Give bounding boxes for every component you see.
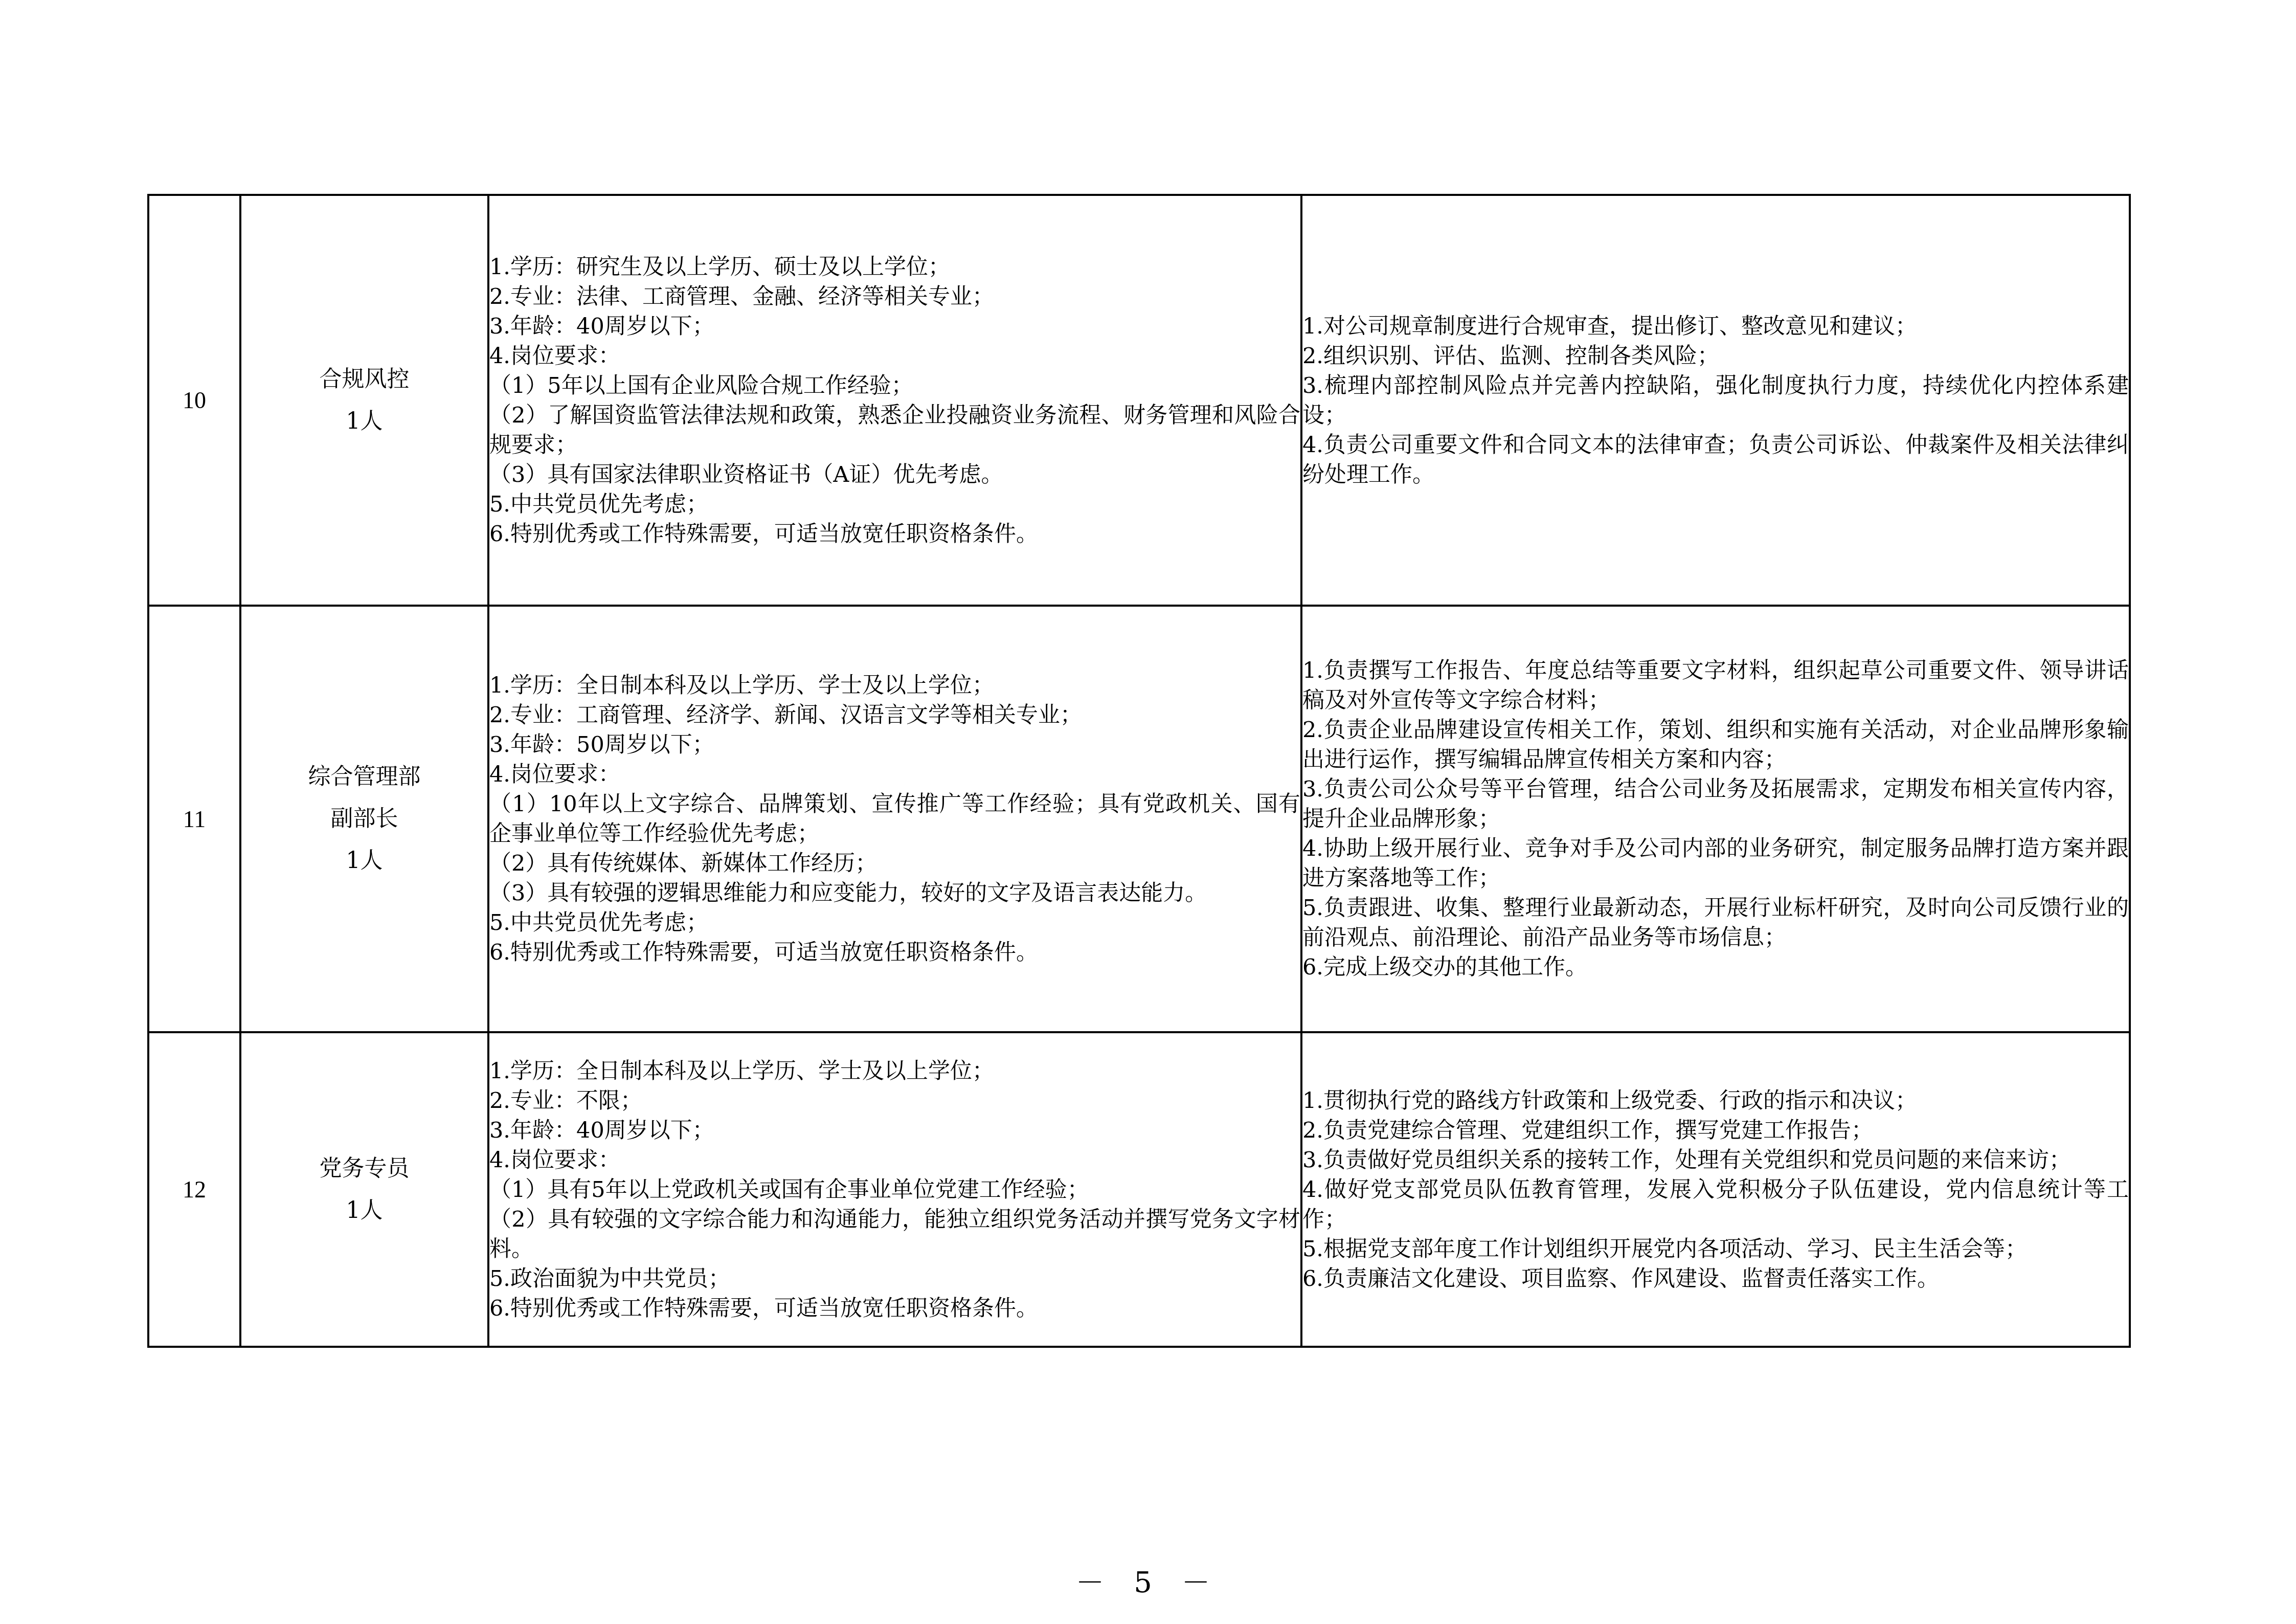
- position-title: 副部长: [241, 798, 487, 840]
- duty-item: 4.做好党支部党员队伍教育管理，发展入党积极分子队伍建设，党内信息统计等工作；: [1302, 1175, 2129, 1234]
- position-cell: 党务专员 1人: [240, 1032, 488, 1347]
- requirements-cell: 1.学历：研究生及以上学历、硕士及以上学位； 2.专业：法律、工商管理、金融、经…: [488, 195, 1301, 606]
- duty-item: 2.负责企业品牌建设宣传相关工作，策划、组织和实施有关活动，对企业品牌形象输出进…: [1302, 715, 2129, 774]
- requirement-item: 5.中共党员优先考虑；: [489, 490, 1300, 519]
- duty-item: 1.对公司规章制度进行合规审查，提出修订、整改意见和建议；: [1302, 312, 2129, 341]
- requirement-item: 6.特别优秀或工作特殊需要，可适当放宽任职资格条件。: [489, 938, 1300, 967]
- requirement-item: 2.专业：不限；: [489, 1086, 1300, 1116]
- requirement-item: 1.学历：全日制本科及以上学历、学士及以上学位；: [489, 671, 1300, 700]
- requirement-item: 1.学历：研究生及以上学历、硕士及以上学位；: [489, 252, 1300, 282]
- headcount: 1人: [241, 401, 487, 442]
- requirement-item: （2）具有较强的文字综合能力和沟通能力，能独立组织党务活动并撰写党务文字材料。: [489, 1205, 1300, 1264]
- requirement-item: 5.中共党员优先考虑；: [489, 908, 1300, 938]
- requirement-item: 1.学历：全日制本科及以上学历、学士及以上学位；: [489, 1056, 1300, 1086]
- job-positions-table: 10 合规风控 1人 1.学历：研究生及以上学历、硕士及以上学位； 2.专业：法…: [147, 194, 2131, 1348]
- requirement-item: （3）具有国家法律职业资格证书（A证）优先考虑。: [489, 460, 1300, 490]
- requirement-item: 4.岗位要求：: [489, 1145, 1300, 1175]
- headcount: 1人: [241, 840, 487, 882]
- row-number: 12: [148, 1032, 240, 1347]
- headcount: 1人: [241, 1190, 487, 1232]
- position-title: 党务专员: [241, 1148, 487, 1190]
- position-title: 合规风控: [241, 359, 487, 401]
- requirement-item: 4.岗位要求：: [489, 760, 1300, 789]
- table-row: 10 合规风控 1人 1.学历：研究生及以上学历、硕士及以上学位； 2.专业：法…: [148, 195, 2130, 606]
- requirement-item: 2.专业：法律、工商管理、金融、经济等相关专业；: [489, 282, 1300, 312]
- duty-item: 5.负责跟进、收集、整理行业最新动态，开展行业标杆研究，及时向公司反馈行业的前沿…: [1302, 893, 2129, 952]
- duty-item: 6.完成上级交办的其他工作。: [1302, 952, 2129, 982]
- requirement-item: （1）具有5年以上党政机关或国有企事业单位党建工作经验；: [489, 1175, 1300, 1205]
- duty-item: 3.梳理内部控制风险点并完善内控缺陷，强化制度执行力度，持续优化内控体系建设；: [1302, 371, 2129, 430]
- duty-item: 2.负责党建综合管理、党建组织工作，撰写党建工作报告；: [1302, 1116, 2129, 1145]
- row-number: 11: [148, 606, 240, 1032]
- requirement-item: （1）5年以上国有企业风险合规工作经验；: [489, 371, 1300, 401]
- requirement-item: （2）具有传统媒体、新媒体工作经历；: [489, 849, 1300, 878]
- requirement-item: 3.年龄：40周岁以下；: [489, 1116, 1300, 1145]
- duties-cell: 1.贯彻执行党的路线方针政策和上级党委、行政的指示和决议； 2.负责党建综合管理…: [1301, 1032, 2130, 1347]
- requirement-item: （2）了解国资监管法律法规和政策，熟悉企业投融资业务流程、财务管理和风险合规要求…: [489, 401, 1300, 460]
- requirements-cell: 1.学历：全日制本科及以上学历、学士及以上学位； 2.专业：工商管理、经济学、新…: [488, 606, 1301, 1032]
- duty-item: 1.贯彻执行党的路线方针政策和上级党委、行政的指示和决议；: [1302, 1086, 2129, 1116]
- requirement-item: 5.政治面貌为中共党员；: [489, 1264, 1300, 1294]
- table-row: 11 综合管理部 副部长 1人 1.学历：全日制本科及以上学历、学士及以上学位；…: [148, 606, 2130, 1032]
- requirement-item: （3）具有较强的逻辑思维能力和应变能力，较好的文字及语言表达能力。: [489, 878, 1300, 908]
- requirement-item: 6.特别优秀或工作特殊需要，可适当放宽任职资格条件。: [489, 1294, 1300, 1323]
- requirement-item: （1）10年以上文字综合、品牌策划、宣传推广等工作经验；具有党政机关、国有企事业…: [489, 789, 1300, 849]
- document-page: 10 合规风控 1人 1.学历：研究生及以上学历、硕士及以上学位； 2.专业：法…: [0, 0, 2296, 1624]
- duty-item: 3.负责做好党员组织关系的接转工作，处理有关党组织和党员问题的来信来访；: [1302, 1145, 2129, 1175]
- requirement-item: 3.年龄：50周岁以下；: [489, 730, 1300, 760]
- duty-item: 4.协助上级开展行业、竞争对手及公司内部的业务研究，制定服务品牌打造方案并跟进方…: [1302, 834, 2129, 893]
- position-cell: 综合管理部 副部长 1人: [240, 606, 488, 1032]
- requirement-item: 6.特别优秀或工作特殊需要，可适当放宽任职资格条件。: [489, 519, 1300, 549]
- duty-item: 4.负责公司重要文件和合同文本的法律审查；负责公司诉讼、仲裁案件及相关法律纠纷处…: [1302, 430, 2129, 490]
- requirement-item: 4.岗位要求：: [489, 341, 1300, 371]
- duty-item: 3.负责公司公众号等平台管理，结合公司业务及拓展需求，定期发布相关宣传内容，提升…: [1302, 774, 2129, 834]
- duties-cell: 1.对公司规章制度进行合规审查，提出修订、整改意见和建议； 2.组织识别、评估、…: [1301, 195, 2130, 606]
- duty-item: 5.根据党支部年度工作计划组织开展党内各项活动、学习、民主生活会等；: [1302, 1234, 2129, 1264]
- position-department: 综合管理部: [241, 756, 487, 798]
- page-number: － 5 －: [0, 1560, 2296, 1601]
- position-cell: 合规风控 1人: [240, 195, 488, 606]
- duty-item: 6.负责廉洁文化建设、项目监察、作风建设、监督责任落实工作。: [1302, 1264, 2129, 1294]
- requirement-item: 3.年龄：40周岁以下；: [489, 312, 1300, 341]
- duties-cell: 1.负责撰写工作报告、年度总结等重要文字材料，组织起草公司重要文件、领导讲话稿及…: [1301, 606, 2130, 1032]
- duty-item: 2.组织识别、评估、监测、控制各类风险；: [1302, 341, 2129, 371]
- duty-item: 1.负责撰写工作报告、年度总结等重要文字材料，组织起草公司重要文件、领导讲话稿及…: [1302, 656, 2129, 715]
- requirements-cell: 1.学历：全日制本科及以上学历、学士及以上学位； 2.专业：不限； 3.年龄：4…: [488, 1032, 1301, 1347]
- requirement-item: 2.专业：工商管理、经济学、新闻、汉语言文学等相关专业；: [489, 700, 1300, 730]
- row-number: 10: [148, 195, 240, 606]
- table-row: 12 党务专员 1人 1.学历：全日制本科及以上学历、学士及以上学位； 2.专业…: [148, 1032, 2130, 1347]
